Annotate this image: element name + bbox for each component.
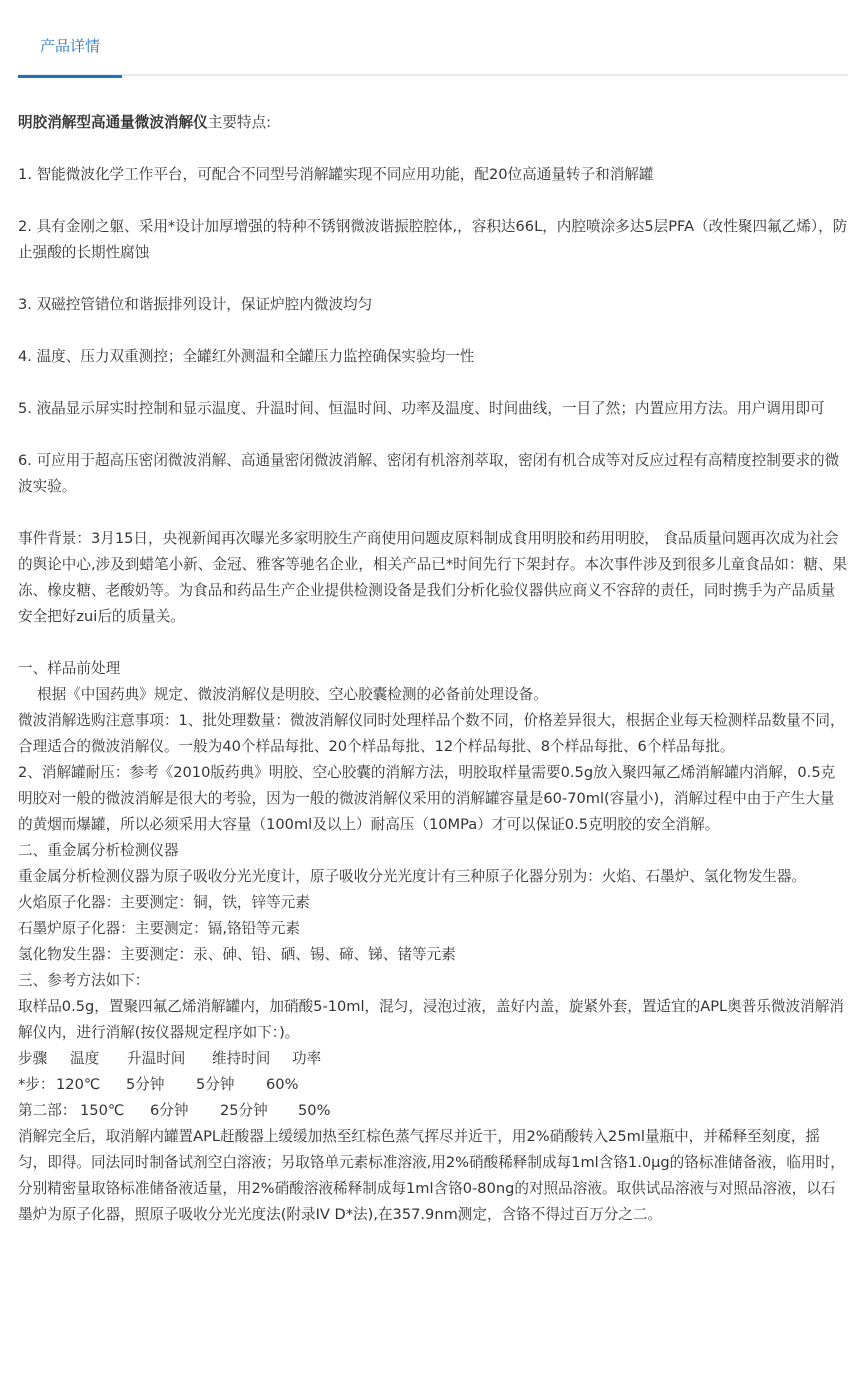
atomizer-item: 氢化物发生器：主要测定：汞、砷、铅、硒、锡、碲、锑、锗等元素	[18, 942, 848, 968]
features-intro-label: 主要特点:	[208, 114, 271, 131]
section-paragraph: 微波消解选购注意事项：1、批处理数量：微波消解仪同时处理样品个数不同，价格差异很…	[18, 708, 848, 760]
steps-row: *步：120℃5分钟5分钟60%	[18, 1072, 848, 1098]
tab-product-details[interactable]: 产品详情	[18, 0, 122, 76]
steps-cell: 150℃	[80, 1098, 150, 1124]
steps-header-cell: 维持时间	[212, 1046, 292, 1072]
steps-header-cell: 升温时间	[127, 1046, 212, 1072]
steps-cell: 6分钟	[150, 1098, 220, 1124]
section-paragraph: 消解完全后，取消解内罐置APL赶酸器上缓缓加热至红棕色蒸气挥尽并近干，用2%硝酸…	[18, 1124, 848, 1228]
steps-cell: 25分钟	[220, 1098, 298, 1124]
steps-cell: 120℃	[56, 1072, 126, 1098]
steps-header-row: 步骤温度升温时间维持时间功率	[18, 1046, 848, 1072]
section-heading: 一、样品前处理	[18, 656, 848, 682]
steps-header-cell: 温度	[70, 1046, 127, 1072]
steps-cell: 第二部：	[18, 1098, 80, 1124]
steps-cell: 5分钟	[126, 1072, 196, 1098]
features-intro: 明胶消解型高通量微波消解仪主要特点:	[18, 110, 848, 136]
steps-cell: 60%	[266, 1072, 298, 1098]
section-paragraph: 重金属分析检测仪器为原子吸收分光光度计，原子吸收分光光度计有三种原子化器分别为：…	[18, 864, 848, 890]
tab-bar: 产品详情	[18, 0, 848, 76]
feature-item: 6. 可应用于超高压密闭微波消解、高通量密闭微波消解、密闭有机溶剂萃取，密闭有机…	[18, 448, 848, 500]
atomizer-item: 石墨炉原子化器：主要测定：镉,铬铅等元素	[18, 916, 848, 942]
steps-cell: 50%	[298, 1098, 330, 1124]
steps-cell: *步：	[18, 1072, 56, 1098]
steps-header-cell: 步骤	[18, 1046, 70, 1072]
feature-item: 3. 双磁控管错位和谐振排列设计，保证炉腔内微波均匀	[18, 292, 848, 318]
steps-cell: 5分钟	[196, 1072, 266, 1098]
feature-item: 1. 智能微波化学工作平台，可配合不同型号消解罐实现不同应用功能，配20位高通量…	[18, 162, 848, 188]
feature-item: 2. 具有金刚之躯、采用*设计加厚增强的特种不锈钢微波谐振腔腔体,，容积达66L…	[18, 214, 848, 266]
product-name: 明胶消解型高通量微波消解仪	[18, 114, 208, 131]
event-background: 事件背景：3月15日，央视新闻再次曝光多家明胶生产商使用问题皮原料制成食用明胶和…	[18, 526, 848, 630]
section-paragraph: 取样品0.5g，置聚四氟乙烯消解罐内，加硝酸5-10ml，混匀，浸泡过液，盖好内…	[18, 994, 848, 1046]
section-heading: 二、重金属分析检测仪器	[18, 838, 848, 864]
feature-item: 5. 液晶显示屏实时控制和显示温度、升温时间、恒温时间、功率及温度、时间曲线，一…	[18, 396, 848, 422]
product-details-content: 明胶消解型高通量微波消解仪主要特点: 1. 智能微波化学工作平台，可配合不同型号…	[0, 76, 864, 1228]
section-paragraph: 根据《中国药典》规定、微波消解仪是明胶、空心胶囊检测的必备前处理设备。	[18, 682, 848, 708]
section-paragraph: 2、消解罐耐压：参考《2010版药典》明胶、空心胶囊的消解方法，明胶取样量需要0…	[18, 760, 848, 838]
section-heading: 三、参考方法如下：	[18, 968, 848, 994]
atomizer-item: 火焰原子化器：主要测定：铜，铁，锌等元素	[18, 890, 848, 916]
feature-item: 4. 温度、压力双重测控；全罐红外测温和全罐压力监控确保实验均一性	[18, 344, 848, 370]
steps-header-cell: 功率	[292, 1046, 321, 1072]
steps-row: 第二部：150℃6分钟25分钟50%	[18, 1098, 848, 1124]
